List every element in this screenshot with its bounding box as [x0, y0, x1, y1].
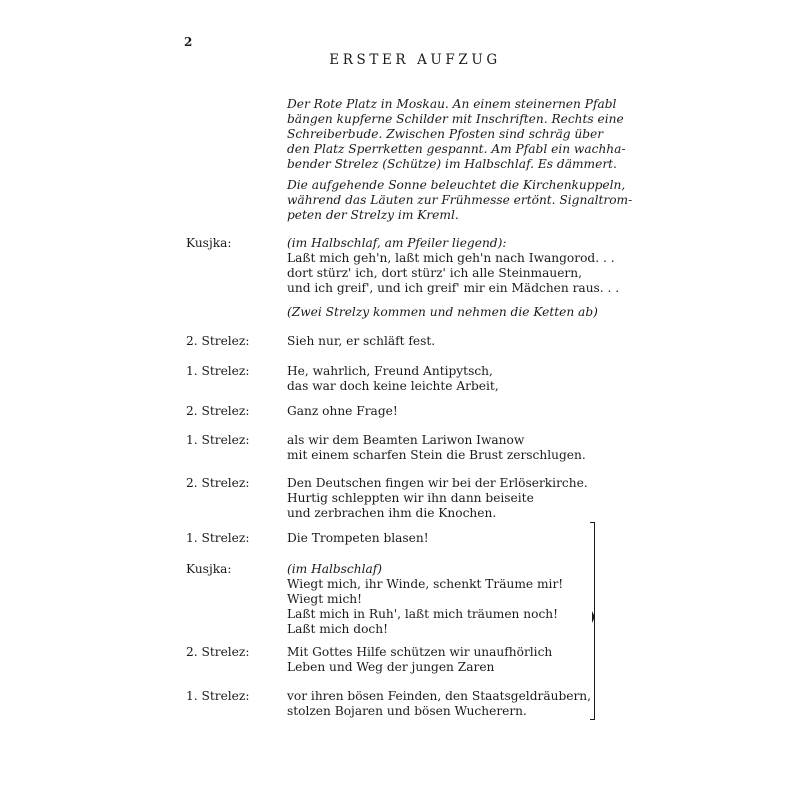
- speech-lines: Die Trompeten blasen!: [287, 531, 429, 546]
- dialogue-line: dort stürz' ich, dort stürz' ich alle St…: [287, 266, 619, 281]
- stage-direction-opening: Der Rote Platz in Moskau. An einem stein…: [287, 97, 626, 172]
- speaker-name: 2. Strelez:: [186, 476, 249, 491]
- bracket-point: [592, 611, 595, 623]
- dialogue-line: [287, 296, 619, 305]
- dialogue-line: Ganz ohne Frage!: [287, 404, 398, 419]
- speaker-name: Kusjka:: [186, 562, 231, 577]
- speech-lines: (im Halbschlaf)Wiegt mich, ihr Winde, sc…: [287, 562, 563, 637]
- dialogue-line: Hurtig schleppten wir ihn dann beiseite: [287, 491, 588, 506]
- dialogue-line: Laßt mich in Ruh', laßt mich träumen noc…: [287, 607, 563, 622]
- speaker-name: 1. Strelez:: [186, 433, 249, 448]
- stage-direction-sunrise: Die aufgehende Sonne beleuchtet die Kirc…: [287, 178, 632, 223]
- speech-lines: He, wahrlich, Freund Antipytsch,das war …: [287, 364, 499, 394]
- stage-direction-line: (im Halbschlaf): [287, 562, 563, 577]
- dialogue-line: vor ihren bösen Feinden, den Staatsgeldr…: [287, 689, 591, 704]
- speech-lines: Mit Gottes Hilfe schützen wir unaufhörli…: [287, 645, 552, 675]
- speaker-name: 1. Strelez:: [186, 689, 249, 704]
- dialogue-line: mit einem scharfen Stein die Brust zersc…: [287, 448, 586, 463]
- dialogue-line: Die Trompeten blasen!: [287, 531, 429, 546]
- dialogue-line: Den Deutschen fingen wir bei der Erlöser…: [287, 476, 588, 491]
- speaker-name: Kusjka:: [186, 236, 231, 251]
- speaker-name: 2. Strelez:: [186, 334, 249, 349]
- stage-line: bängen kupferne Schilder mit Inschriften…: [287, 112, 626, 127]
- stage-direction-line: (im Halbschlaf, am Pfeiler liegend):: [287, 236, 619, 251]
- dialogue-line: Laßt mich geh'n, laßt mich geh'n nach Iw…: [287, 251, 619, 266]
- speaker-name: 2. Strelez:: [186, 404, 249, 419]
- dialogue-line: als wir dem Beamten Lariwon Iwanow: [287, 433, 586, 448]
- dialogue-line: Laßt mich doch!: [287, 622, 563, 637]
- dialogue-line: stolzen Bojaren und bösen Wucherern.: [287, 704, 591, 719]
- dialogue-line: und zerbrachen ihm die Knochen.: [287, 506, 588, 521]
- speech-lines: als wir dem Beamten Lariwon Iwanowmit ei…: [287, 433, 586, 463]
- dialogue-line: Leben und Weg der jungen Zaren: [287, 660, 552, 675]
- speech-lines: Den Deutschen fingen wir bei der Erlöser…: [287, 476, 588, 521]
- dialogue-line: Mit Gottes Hilfe schützen wir unaufhörli…: [287, 645, 552, 660]
- dialogue-line: Sieh nur, er schläft fest.: [287, 334, 435, 349]
- stage-direction-line: (Zwei Strelzy kommen und nehmen die Kett…: [287, 305, 619, 320]
- act-title: ERSTER AUFZUG: [0, 52, 800, 68]
- speech-lines: Ganz ohne Frage!: [287, 404, 398, 419]
- speaker-name: 1. Strelez:: [186, 364, 249, 379]
- stage-line: Der Rote Platz in Moskau. An einem stein…: [287, 97, 626, 112]
- speaker-name: 2. Strelez:: [186, 645, 249, 660]
- stage-line: während das Läuten zur Frühmesse ertönt.…: [287, 193, 632, 208]
- speech-lines: (im Halbschlaf, am Pfeiler liegend):Laßt…: [287, 236, 619, 320]
- speaker-name: 1. Strelez:: [186, 531, 249, 546]
- stage-line: peten der Strelzy im Kreml.: [287, 208, 632, 223]
- dialogue-line: Wiegt mich!: [287, 592, 563, 607]
- speech-lines: Sieh nur, er schläft fest.: [287, 334, 435, 349]
- stage-line: bender Strelez (Schütze) im Halbschlaf. …: [287, 157, 626, 172]
- page-number: 2: [184, 35, 192, 49]
- dialogue-line: das war doch keine leichte Arbeit,: [287, 379, 499, 394]
- dialogue-line: Wiegt mich, ihr Winde, schenkt Träume mi…: [287, 577, 563, 592]
- dialogue-line: und ich greif', und ich greif' mir ein M…: [287, 281, 619, 296]
- dialogue-line: He, wahrlich, Freund Antipytsch,: [287, 364, 499, 379]
- speech-lines: vor ihren bösen Feinden, den Staatsgeldr…: [287, 689, 591, 719]
- stage-line: den Platz Sperrketten gespannt. Am Pfabl…: [287, 142, 626, 157]
- stage-line: Schreiberbude. Zwischen Pfosten sind sch…: [287, 127, 626, 142]
- stage-line: Die aufgehende Sonne beleuchtet die Kirc…: [287, 178, 632, 193]
